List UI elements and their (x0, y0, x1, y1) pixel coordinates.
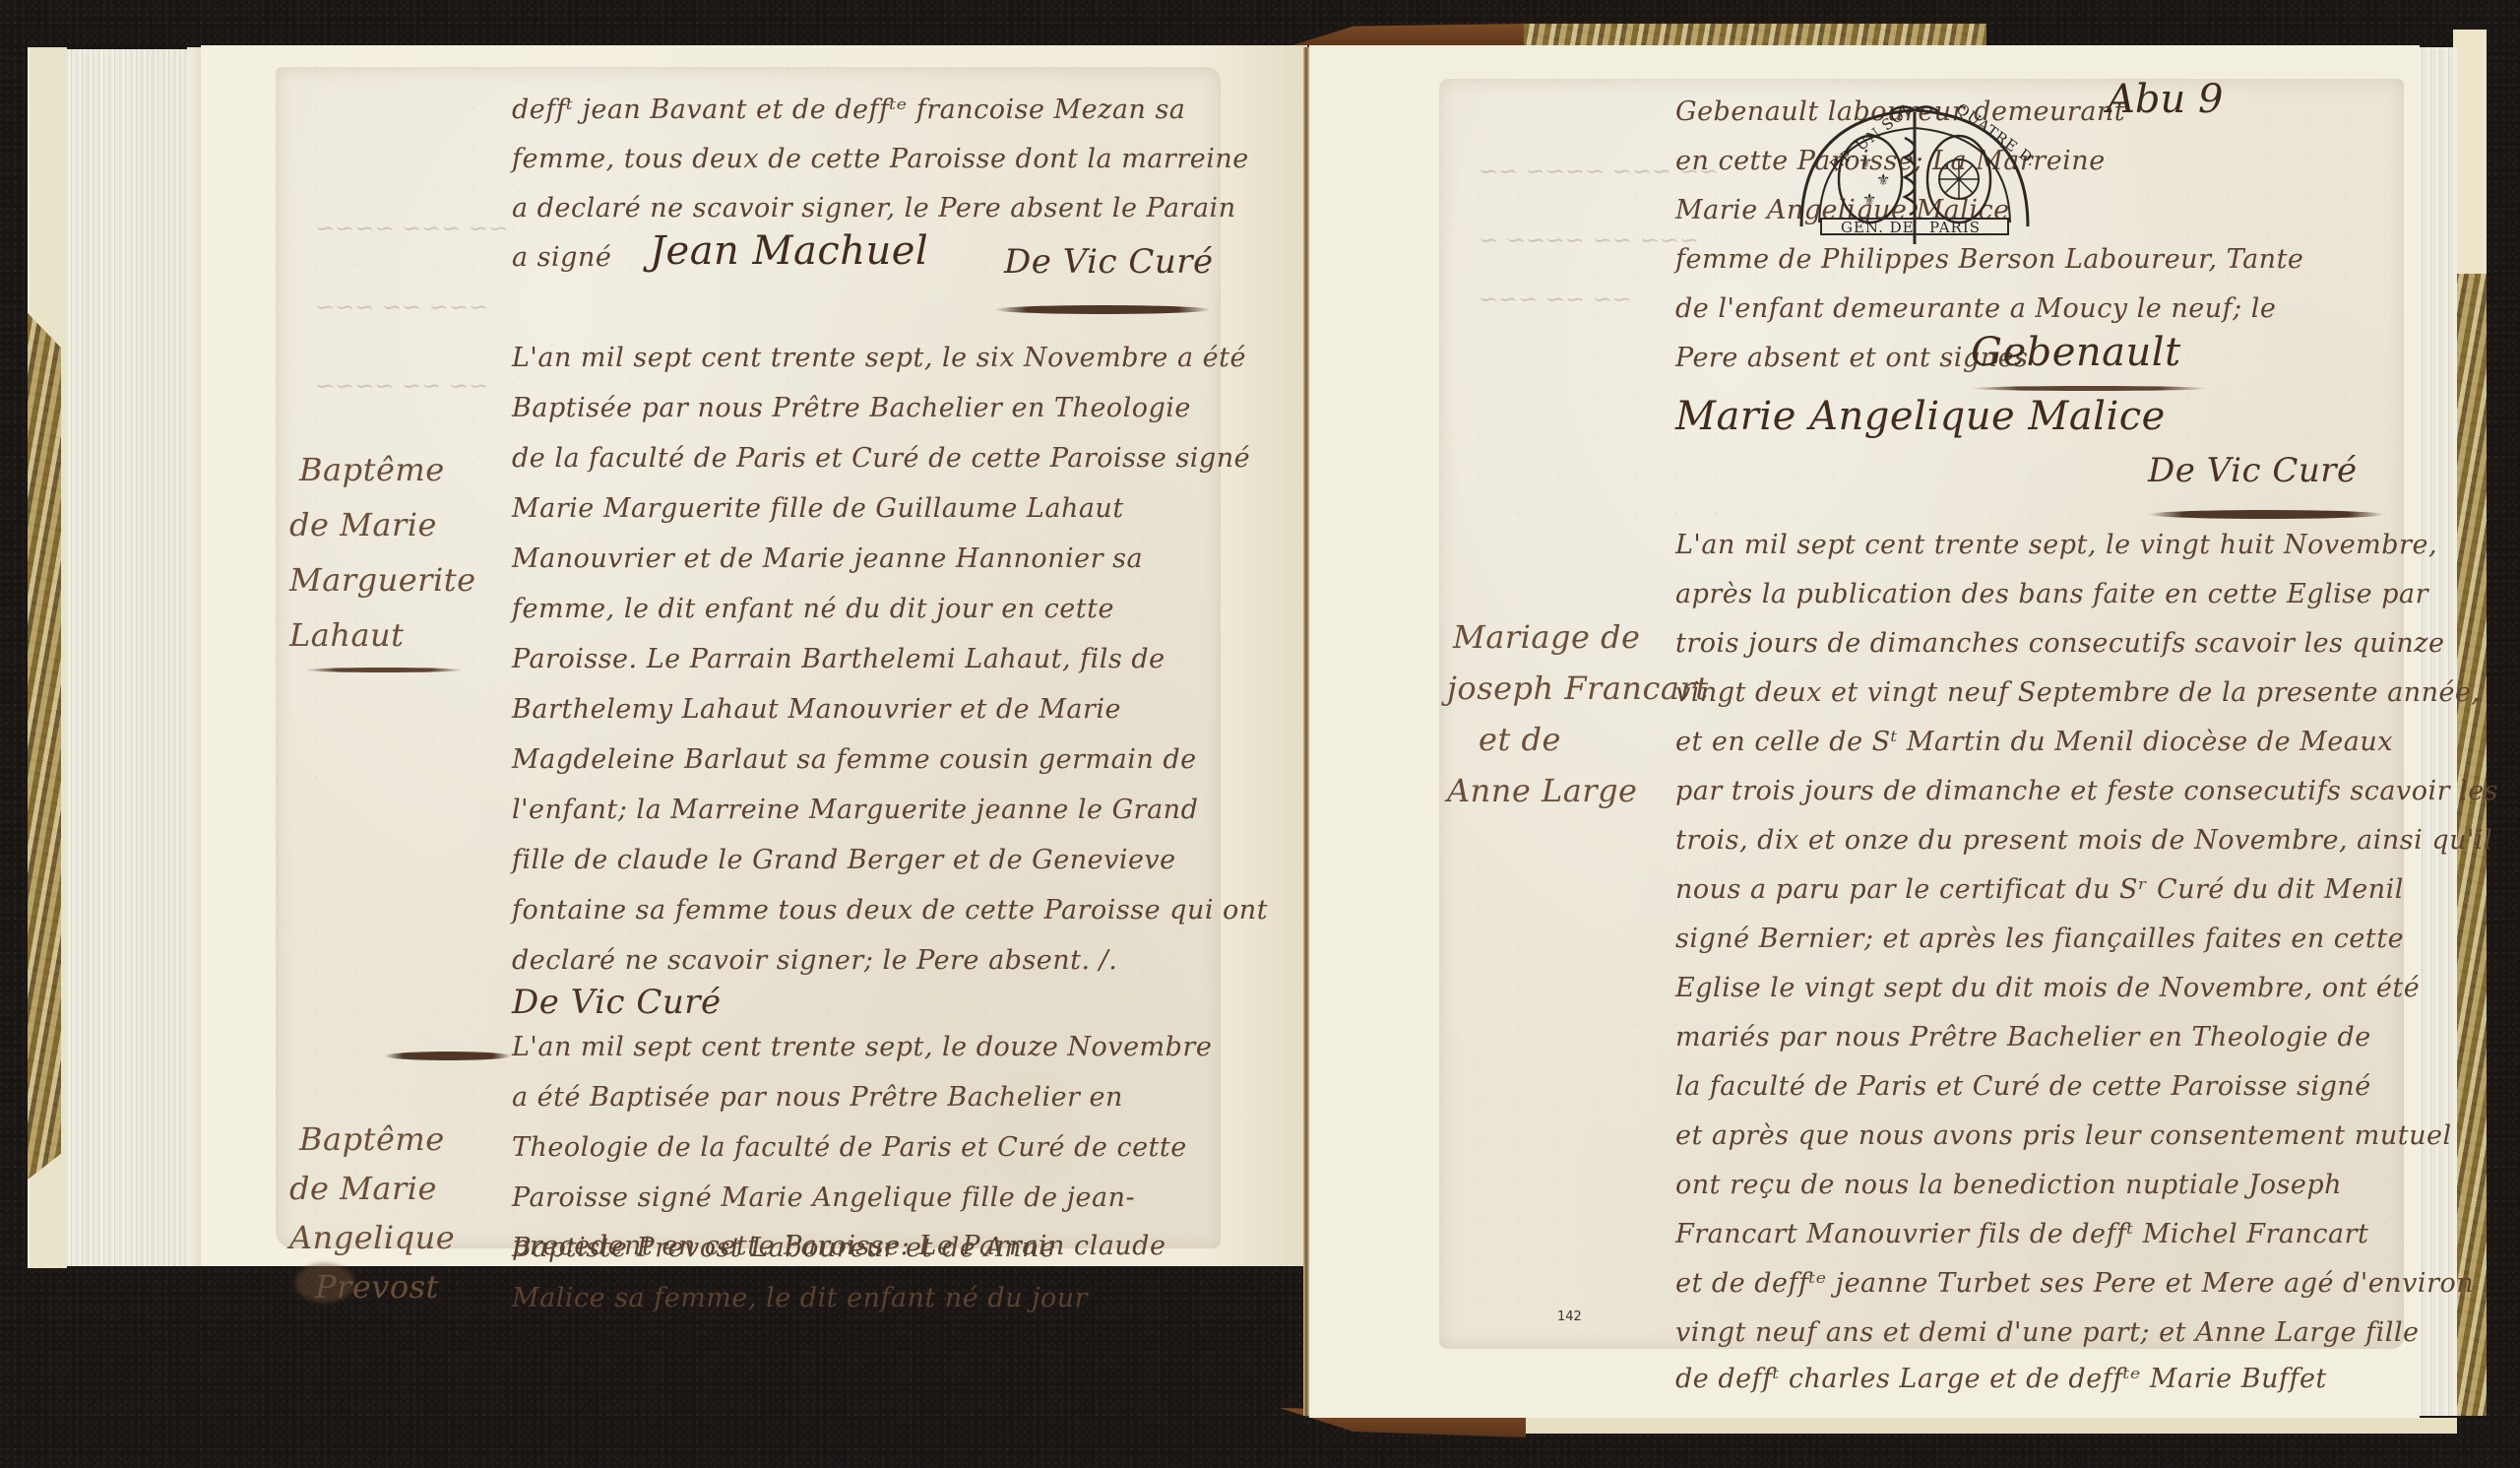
stamp-emblem-icon: ⚜ ⚜ ⚜ (1782, 98, 2047, 246)
text-line: L'an mil sept cent trente sept, le vingt… (1675, 530, 2437, 560)
text-line: femme, tous deux de cette Paroisse dont … (512, 144, 1249, 174)
signature-cure: De Vic Curé (2148, 451, 2358, 490)
text-line: après la publication des bans faite en c… (1675, 579, 2428, 609)
text-line: trois jours de dimanches consecutifs sca… (1675, 628, 2444, 659)
text-line: de deffᵗ charles Large et de deffᵗᵉ Mari… (1675, 1364, 2327, 1394)
text-line: a signé (512, 242, 611, 273)
margin-note-line: de Marie (289, 1170, 437, 1207)
signature-cure: De Vic Curé (512, 983, 722, 1022)
text-line: trois, dix et onze du present mois de No… (1675, 825, 2492, 856)
margin-note-line: Anne Large (1447, 772, 1637, 809)
right-bottom-board (1522, 1418, 2457, 1434)
left-flyleaf (187, 47, 201, 1266)
right-cover-board (2453, 30, 2487, 276)
text-line: Marie Marguerite fille de Guillaume Laha… (512, 493, 1124, 524)
margin-note-line: Prevost (315, 1268, 439, 1306)
text-line: Francart Manouvrier fils de deffᵗ Michel… (1675, 1219, 2368, 1249)
text-line: Theologie de la faculté de Paris et Curé… (512, 1132, 1187, 1163)
flourish (1971, 386, 2207, 391)
stamp-text: PARIS (1929, 219, 1981, 236)
flourish (384, 1052, 512, 1060)
text-line: vingt deux et vingt neuf Septembre de la… (1675, 677, 2481, 708)
text-line: fille de claude le Grand Berger et de Ge… (512, 845, 1176, 875)
flourish (305, 668, 463, 672)
signature-cure: De Vic Curé (1004, 242, 1214, 282)
text-line: Baptisée par nous Prêtre Bachelier en Th… (512, 393, 1191, 423)
margin-note-line: de Marie (289, 506, 437, 543)
text-line: de l'enfant demeurante a Moucy le neuf; … (1675, 293, 2276, 324)
text-line: Magdeleine Barlaut sa femme cousin germa… (512, 744, 1197, 775)
text-line: ont reçu de nous la benediction nuptiale… (1675, 1170, 2342, 1200)
text-line: l'enfant; la Marreine Marguerite jeanne … (512, 795, 1198, 825)
flourish (2148, 510, 2384, 519)
open-register-book: ~~ ~~~ ~~~~ ~~~ ~~ ~~~ ~~ ~~ ~~~~ deffᵗ … (0, 0, 2520, 1468)
bleed-through-text: ~~ ~~~ ~~~~ (315, 215, 508, 242)
text-line: signé Bernier; et après les fiançailles … (1675, 924, 2404, 954)
text-line: nous a paru par le certificat du Sʳ Curé… (1675, 874, 2404, 905)
text-line: L'an mil sept cent trente sept, le six N… (512, 343, 1246, 373)
left-marbled-endpaper (28, 313, 61, 1180)
text-line: Barthelemy Lahaut Manouvrier et de Marie (512, 694, 1121, 725)
signature-godfather: Jean Machuel (650, 228, 928, 274)
margin-note-line: joseph Francart (1447, 670, 1709, 707)
text-line: Paroisse. Le Parrain Barthelemi Lahaut, … (512, 644, 1165, 674)
text-line: vingt neuf ans et demi d'une part; et An… (1675, 1317, 2420, 1348)
svg-text:⚜: ⚜ (1862, 190, 1876, 209)
text-line: mariés par nous Prêtre Bachelier en Theo… (1675, 1022, 2371, 1053)
text-line: Malice sa femme, le dit enfant né du jou… (512, 1283, 1088, 1313)
margin-note-line: Marguerite (289, 561, 476, 599)
signature-godmother: Marie Angelique Malice (1675, 394, 2166, 439)
text-line: deffᵗ jean Bavant et de deffᵗᵉ francoise… (512, 95, 1185, 125)
tax-stamp: ⚜ ⚜ ⚜ P.P. UN SOL QUATRE D. GEN. DE PARI… (1782, 98, 2047, 246)
left-page-stack-edge (65, 49, 203, 1266)
margin-note-line: Baptême (299, 451, 445, 488)
text-line: de la faculté de Paris et Curé de cette … (512, 443, 1250, 474)
text-line: Paroisse signé Marie Angelique fille de … (512, 1182, 1135, 1213)
text-line: L'an mil sept cent trente sept, le douze… (512, 1032, 1212, 1062)
text-line: femme de Philippes Berson Laboureur, Tan… (1675, 244, 2303, 275)
text-line: Eglise le vingt sept du dit mois de Nove… (1675, 973, 2420, 1003)
svg-text:⚜: ⚜ (1876, 170, 1890, 189)
folio-annotation: Abu 9 (2107, 77, 2223, 122)
right-page-stack-edge (2418, 47, 2457, 1416)
text-line: Manouvrier et de Marie jeanne Hannonier … (512, 543, 1143, 574)
bleed-through-text: ~~ ~~ ~~~ (1479, 286, 1632, 313)
flourish (994, 305, 1211, 314)
text-line: et après que nous avons pris leur consen… (1675, 1120, 2452, 1151)
left-manuscript-sheet: ~~ ~~~ ~~~~ ~~~ ~~ ~~~ ~~ ~~ ~~~~ deffᵗ … (276, 67, 1221, 1248)
text-line: precedent en cette Paroisse: Le Parrain … (512, 1231, 1165, 1261)
signature-godfather: Gebenault (1971, 330, 2181, 375)
margin-note-line: Mariage de (1453, 618, 1640, 656)
bleed-through-text: ~~ ~~ ~~~~ (315, 372, 488, 400)
text-line: et en celle de Sᵗ Martin du Menil diocès… (1675, 727, 2393, 757)
text-line: a declaré ne scavoir signer, le Pere abs… (512, 193, 1236, 223)
margin-note-line: Lahaut (289, 616, 404, 654)
text-line: a été Baptisée par nous Prêtre Bachelier… (512, 1082, 1123, 1113)
text-line: la faculté de Paris et Curé de cette Par… (1675, 1071, 2371, 1102)
margin-note-line: Baptême (299, 1120, 445, 1158)
text-line: declaré ne scavoir signer; le Pere absen… (512, 945, 1117, 976)
page-number: 142 (1557, 1309, 1582, 1324)
top-marbled-strip (1524, 24, 1986, 47)
margin-note-line: Angelique (289, 1219, 455, 1256)
stamp-text: GEN. DE (1841, 219, 1915, 236)
text-line: fontaine sa femme tous deux de cette Par… (512, 895, 1268, 925)
text-line: femme, le dit enfant né du dit jour en c… (512, 594, 1114, 624)
text-line: par trois jours de dimanche et feste con… (1675, 776, 2498, 806)
bleed-through-text: ~~~ ~~ ~~~~ ~ (1479, 226, 1699, 254)
gutter (1303, 47, 1309, 1416)
margin-note-line: et de (1479, 721, 1561, 758)
text-line: et de deffᵗᵉ jeanne Turbet ses Pere et M… (1675, 1268, 2474, 1299)
bleed-through-text: ~~~ ~~ ~~~ (315, 293, 488, 321)
right-manuscript-sheet: ~~ ~~~ ~~~~ ~~ ~~~ ~~ ~~~~ ~ ~~ ~~ ~~~ G… (1439, 79, 2404, 1349)
